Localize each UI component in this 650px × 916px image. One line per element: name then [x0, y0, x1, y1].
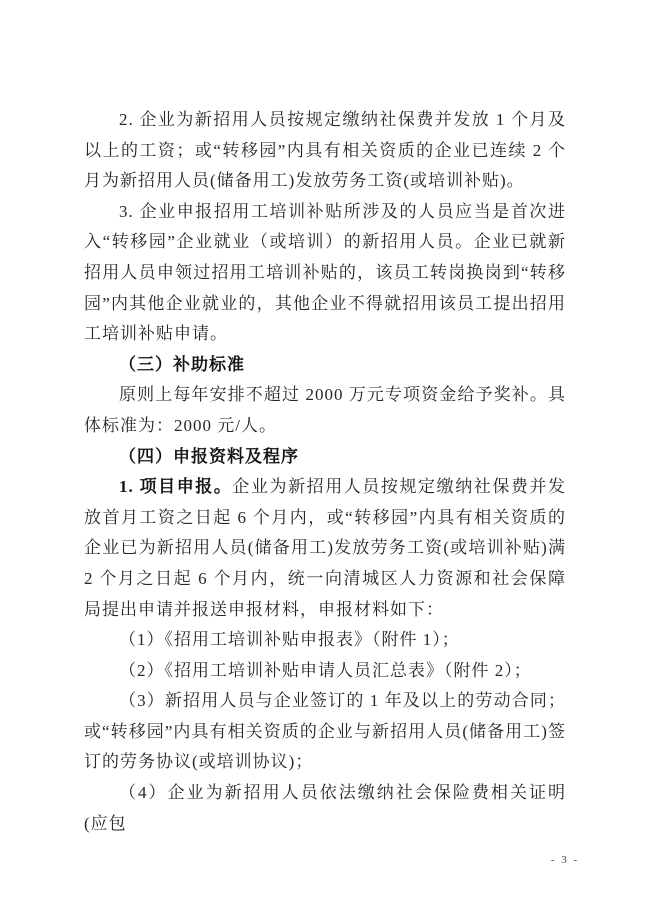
document-page: 2. 企业为新招用人员按规定缴纳社保费并发放 1 个月及以上的工资；或“转移园”…: [0, 0, 650, 916]
paragraph-material-4: （4）企业为新招用人员依法缴纳社会保险费相关证明(应包: [84, 778, 566, 839]
section-heading-subsidy-standard: （三）补助标准: [84, 350, 566, 381]
paragraph-body-project-application: 企业为新招用人员按规定缴纳社保费并发放首月工资之日起 6 个月内，或“转移园”内…: [84, 477, 566, 618]
paragraph-lead-project-application: 1. 项目申报。: [119, 477, 232, 496]
paragraph-material-1: （1）《招用工培训补贴申报表》（附件 1）；: [84, 625, 566, 656]
section-heading-application-materials: （四）申报资料及程序: [84, 442, 566, 473]
paragraph-material-2: （2）《招用工培训补贴申请人员汇总表》（附件 2）；: [84, 656, 566, 687]
page-number: - 3 -: [540, 854, 590, 866]
document-body: 2. 企业为新招用人员按规定缴纳社保费并发放 1 个月及以上的工资；或“转移园”…: [84, 105, 566, 839]
paragraph-project-application: 1. 项目申报。企业为新招用人员按规定缴纳社保费并发放首月工资之日起 6 个月内…: [84, 472, 566, 625]
paragraph-item-3: 3. 企业申报招用工培训补贴所涉及的人员应当是首次进入“转移园”企业就业（或培训…: [84, 197, 566, 350]
paragraph-subsidy-amount: 原则上每年安排不超过 2000 万元专项资金给予奖补。具体标准为：2000 元/…: [84, 380, 566, 441]
paragraph-material-3: （3）新招用人员与企业签订的 1 年及以上的劳动合同；或“转移园”内具有相关资质…: [84, 686, 566, 778]
paragraph-item-2: 2. 企业为新招用人员按规定缴纳社保费并发放 1 个月及以上的工资；或“转移园”…: [84, 105, 566, 197]
